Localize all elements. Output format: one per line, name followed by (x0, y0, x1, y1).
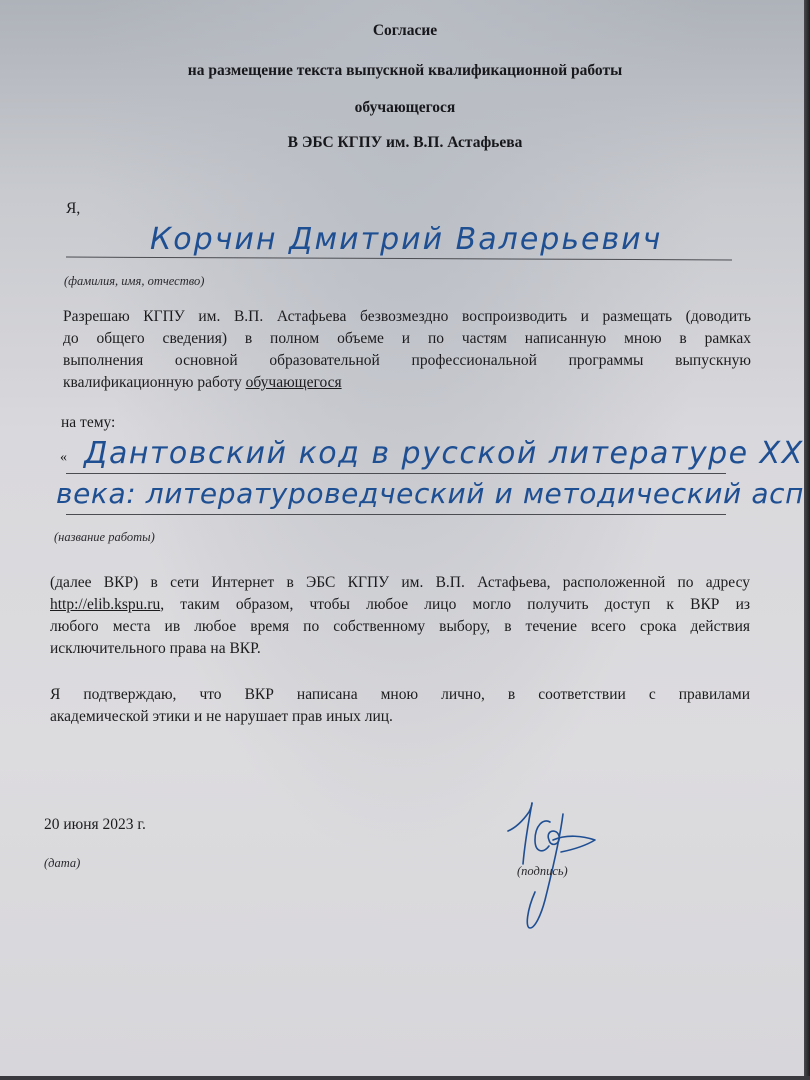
consent-document-sheet: Согласие на размещение текста выпускной … (0, 0, 804, 1076)
topic-underline-2 (66, 514, 726, 515)
publication-paragraph: (далее ВКР) в сети Интернет в ЭБС КГПУ и… (50, 572, 750, 660)
topic-underline-1 (66, 473, 726, 474)
i-label: Я, (66, 200, 80, 218)
page-bottom-shadow (0, 1076, 810, 1080)
student-name-handwritten: Корчин Дмитрий Валерьевич (150, 222, 662, 257)
publication-line-2-rest: , таким образом, чтобы любое лицо могло … (160, 596, 750, 613)
permission-line-4: квалификационную работу обучающегося (63, 372, 751, 394)
topic-label: на тему: (61, 414, 115, 432)
topic-handwritten-line-1: Дантовский код в русской литературе XX (84, 436, 804, 471)
confirmation-paragraph: Я подтверждаю, что ВКР написана мною лич… (50, 684, 750, 728)
elib-link[interactable]: http://elib.kspu.ru (50, 596, 160, 613)
publication-line-4: исключительного права на ВКР. (50, 638, 750, 660)
permission-line-3: выполнения основной образовательной проф… (63, 350, 751, 372)
name-underline (66, 257, 732, 261)
publication-line-1: (далее ВКР) в сети Интернет в ЭБС КГПУ и… (50, 572, 750, 594)
confirmation-line-2: академической этики и не нарушает прав и… (50, 706, 750, 728)
publication-line-2: http://elib.kspu.ru, таким образом, чтоб… (50, 594, 750, 616)
name-caption: (фамилия, имя, отчество) (64, 274, 204, 289)
permission-line-4-prefix: квалификационную работу (63, 374, 246, 391)
document-subtitle-line-1: на размещение текста выпускной квалифика… (0, 62, 810, 80)
signature-caption: (подпись) (517, 864, 568, 879)
student-word-underlined: обучающегося (246, 374, 342, 391)
permission-line-1: Разрешаю КГПУ им. В.П. Астафьева безвозм… (63, 306, 751, 328)
topic-open-quote: « (60, 450, 67, 466)
topic-caption: (название работы) (54, 530, 155, 545)
permission-line-2: до общего сведения) в полном объеме и по… (63, 328, 751, 350)
date-value: 20 июня 2023 г. (44, 816, 146, 834)
document-subtitle-line-3: В ЭБС КГПУ им. В.П. Астафьева (0, 134, 810, 152)
date-caption: (дата) (44, 856, 80, 871)
topic-handwritten-line-2: века: литературоведческий и методический… (56, 477, 810, 510)
publication-line-3: любого места ив любое время по собственн… (50, 616, 750, 638)
permission-paragraph: Разрешаю КГПУ им. В.П. Астафьева безвозм… (63, 306, 751, 394)
page-edge-shadow (804, 0, 810, 1080)
document-title: Согласие (0, 22, 810, 40)
confirmation-line-1: Я подтверждаю, что ВКР написана мною лич… (50, 684, 750, 706)
document-subtitle-line-2: обучающегося (0, 99, 810, 117)
